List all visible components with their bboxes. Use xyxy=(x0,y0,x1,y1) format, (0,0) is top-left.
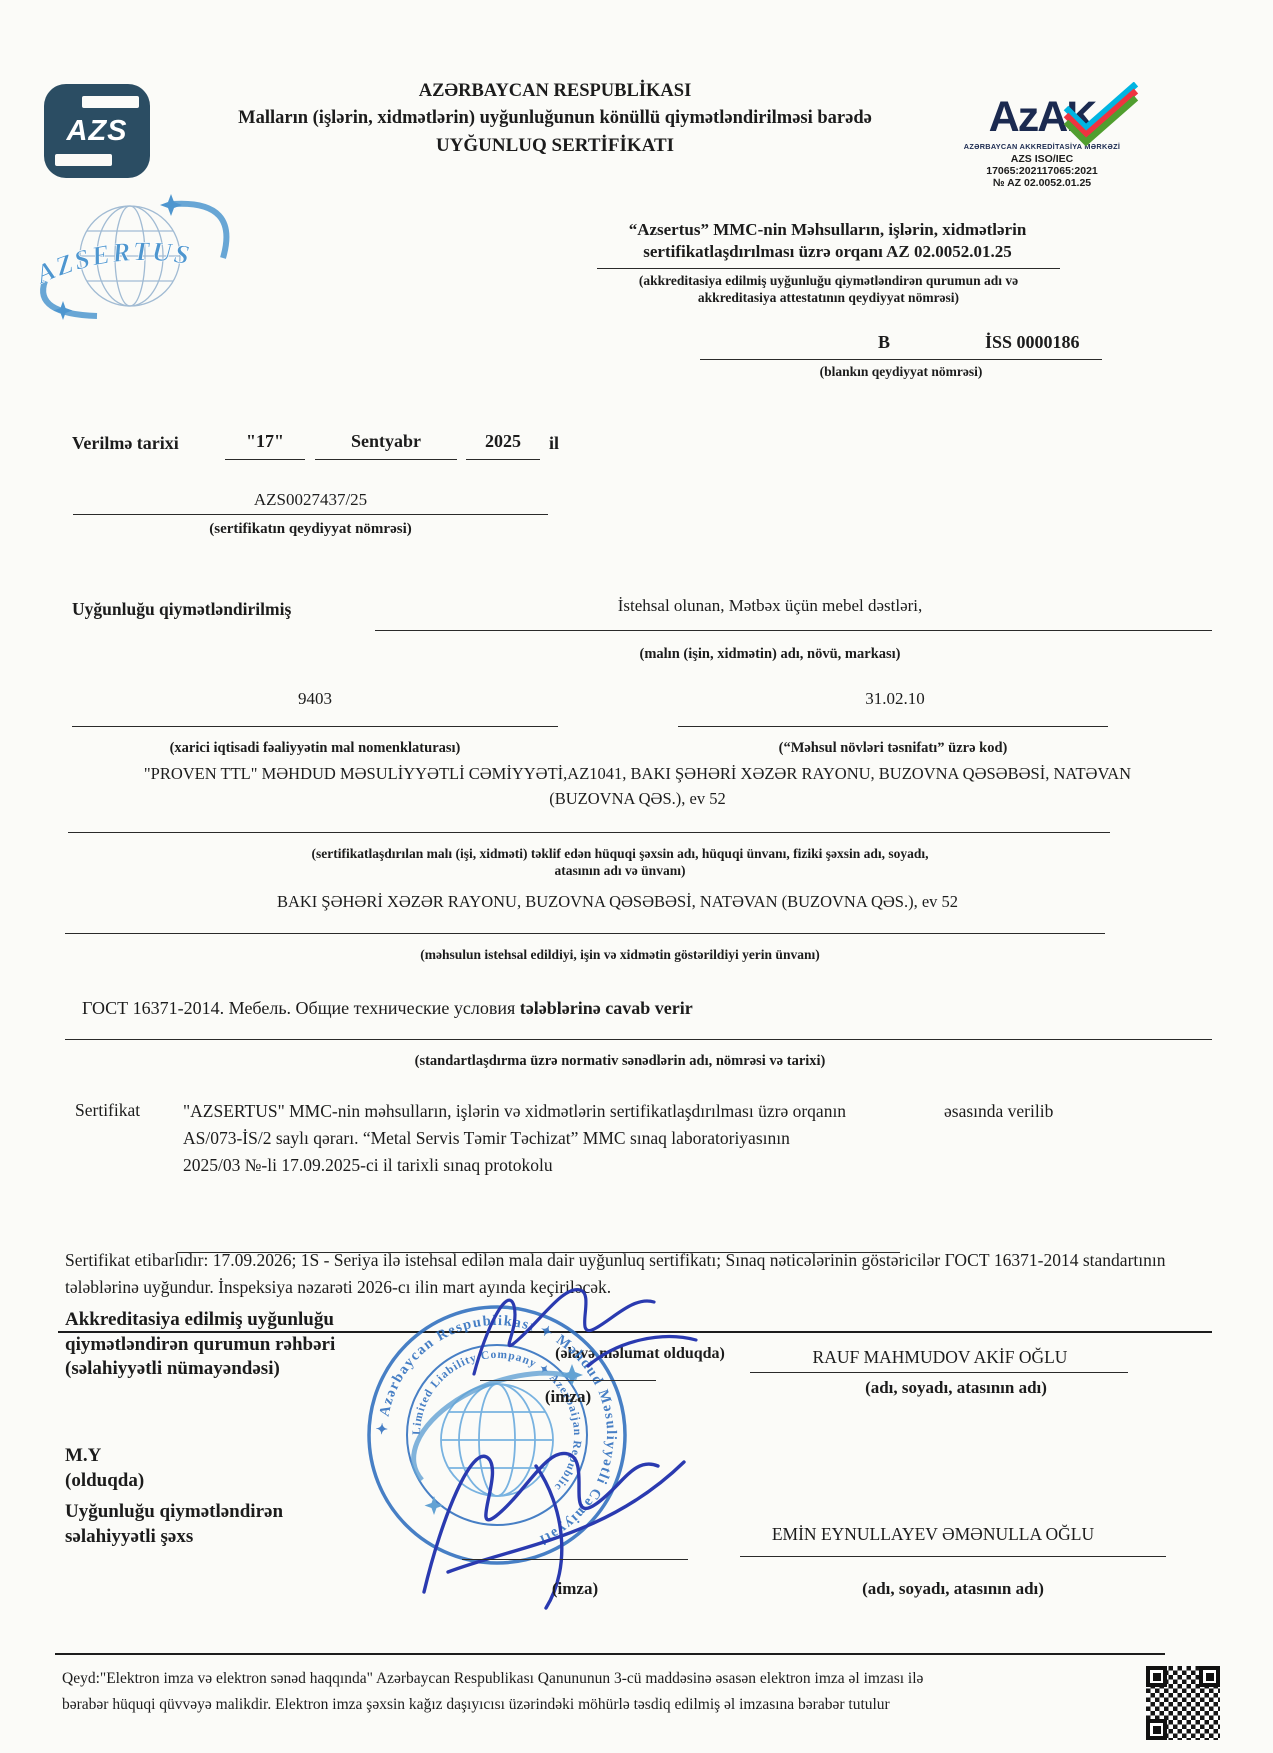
divider xyxy=(72,726,558,727)
divider xyxy=(65,933,1105,934)
blank-number-caption: (blankın qeydiyyat nömrəsi) xyxy=(700,364,1102,381)
azs-logo-s-shape xyxy=(82,96,139,108)
divider xyxy=(73,514,548,515)
imza-caption: (imza) xyxy=(480,1386,656,1407)
registration-number: AZS0027437/25 xyxy=(73,490,548,510)
footer-divider xyxy=(55,1653,1165,1655)
product-caption: (malın (işin, xidmətin) adı, növü, marka… xyxy=(375,645,1165,663)
issue-month: Sentyabr xyxy=(315,431,457,452)
name-caption: (adı, soyadı, atasının adı) xyxy=(756,1377,1156,1398)
hs-code: 9403 xyxy=(72,689,558,709)
basis-label: Sertifikat xyxy=(75,1100,140,1121)
product-type-code-caption: (“Məhsul növləri təsnifatı” üzrə kod) xyxy=(678,739,1108,757)
seal-label: M.Y (olduqda) xyxy=(65,1444,144,1493)
divider xyxy=(315,459,457,460)
azs-logo: AZS xyxy=(44,84,150,178)
certificate-title: UYĞUNLUQ SERTİFİKATI xyxy=(230,132,880,159)
blank-number: İSS 0000186 xyxy=(985,332,1080,353)
officer-name: EMİN EYNULLAYEV ƏMƏNULLA OĞLU xyxy=(718,1524,1148,1545)
normative-document: ГОСТ 16371-2014. Мебель. Общие техническ… xyxy=(82,998,1212,1019)
normative-standard: ГОСТ 16371-2014. Мебель. Общие техническ… xyxy=(82,998,515,1018)
normative-caption: (standartlaşdırma üzrə normativ sənədlər… xyxy=(90,1052,1150,1070)
product-description: İstehsal olunan, Mətbəx üçün mebel dəstl… xyxy=(375,596,1165,616)
azak-attestation-number: № AZ 02.0052.01.25 xyxy=(956,177,1128,189)
azsertus-globe-icon: AZSERTUS xyxy=(25,186,250,321)
manufacturer-name: "PROVEN TTL" MƏHDUD MƏSULİYYƏTLİ CƏMİYYƏ… xyxy=(60,761,1215,811)
divider xyxy=(375,630,1212,631)
manufacturer-caption: (sertifikatlaşdırılan malı (işi, xidməti… xyxy=(90,845,1150,879)
qr-finder xyxy=(1146,1666,1167,1687)
certification-body-line2: sertifikatlaşdırılması üzrə orqanı AZ 02… xyxy=(595,241,1060,263)
hs-code-caption: (xarici iqtisadi fəaliyyətin mal nomenkl… xyxy=(72,739,558,757)
azsertus-logo-text: AZSERTUS xyxy=(30,236,194,290)
basis-text: "AZSERTUS" MMC-nin məhsulların, işlərin … xyxy=(183,1098,851,1179)
divider xyxy=(68,832,1110,833)
production-address-caption: (məhsulun istehsal edildiyi, işin və xid… xyxy=(90,947,1150,964)
divider xyxy=(678,726,1108,727)
page-header: AZƏRBAYCAN RESPUBLİKASI Malların (işləri… xyxy=(230,78,880,159)
issue-day: "17" xyxy=(225,431,305,452)
head-signatory-name: RAUF MAHMUDOV AKİF OĞLU xyxy=(740,1347,1140,1368)
signature-line xyxy=(480,1380,656,1381)
header-subtitle: Malların (işlərin, xidmətlərin) uyğunluğ… xyxy=(230,105,880,132)
divider xyxy=(65,1039,1212,1040)
divider xyxy=(225,459,305,460)
name-caption: (adı, soyadı, atasının adı) xyxy=(740,1578,1166,1599)
azs-logo-text: AZS xyxy=(44,115,150,148)
signature-line xyxy=(462,1559,688,1560)
header-country: AZƏRBAYCAN RESPUBLİKASI xyxy=(230,78,880,105)
azak-logo: AzAK AZƏRBAYCAN AKKREDİTASİYA MƏRKƏZİ AZ… xyxy=(956,96,1128,189)
svg-text:AZSERTUS: AZSERTUS xyxy=(30,236,194,290)
checkmark-icon xyxy=(1062,82,1142,146)
blank-series: B xyxy=(878,332,890,353)
production-address: BAKI ŞƏHƏRİ XƏZƏR RAYONU, BUZOVNA QƏSƏBƏ… xyxy=(60,892,1175,912)
certification-body-caption: (akkreditasiya edilmiş uyğunluğu qiymətl… xyxy=(587,272,1070,306)
divider xyxy=(740,1556,1166,1557)
head-signatory-label: Akkreditasiya edilmiş uyğunluğu qiymətlə… xyxy=(65,1308,335,1382)
issue-date-label: Verilmə tarixi xyxy=(72,433,179,454)
qr-code xyxy=(1146,1666,1220,1740)
certification-body-block: “Azsertus” MMC-nin Məhsulların, işlərin,… xyxy=(595,219,1060,263)
qr-finder xyxy=(1199,1666,1220,1687)
basis-suffix: əsasında verilib xyxy=(944,1101,1053,1122)
certificate-page: AZS AZƏRBAYCAN RESPUBLİKASI Malların (iş… xyxy=(0,0,1273,1753)
officer-label: Uyğunluğu qiymətləndirən səlahiyyətli şə… xyxy=(65,1500,283,1549)
head-signature-ink xyxy=(468,1276,703,1391)
divider xyxy=(466,459,540,460)
divider xyxy=(700,359,1102,360)
imza-caption: (imza) xyxy=(462,1578,688,1599)
registration-number-caption: (sertifikatın qeydiyyat nömrəsi) xyxy=(73,520,548,539)
certification-body-line1: “Azsertus” MMC-nin Məhsulların, işlərin,… xyxy=(595,219,1060,241)
footer-note: Qeyd:"Elektron imza və elektron sənəd ha… xyxy=(62,1666,1142,1718)
azak-wordmark: AzAK xyxy=(956,96,1128,140)
qr-finder xyxy=(1146,1719,1167,1740)
azs-logo-s-shape xyxy=(55,154,112,166)
issue-year: 2025 xyxy=(466,431,540,452)
product-type-code: 31.02.10 xyxy=(680,689,1110,709)
issue-year-suffix: il xyxy=(549,433,559,454)
product-label: Uyğunluğu qiymətləndirilmiş xyxy=(72,599,291,620)
azak-standard: AZS ISO/IEC 17065:202117065:2021 xyxy=(956,153,1128,177)
divider xyxy=(750,1372,1128,1373)
conformity-statement: tələblərinə cavab verir xyxy=(520,998,693,1018)
divider xyxy=(597,268,1060,269)
